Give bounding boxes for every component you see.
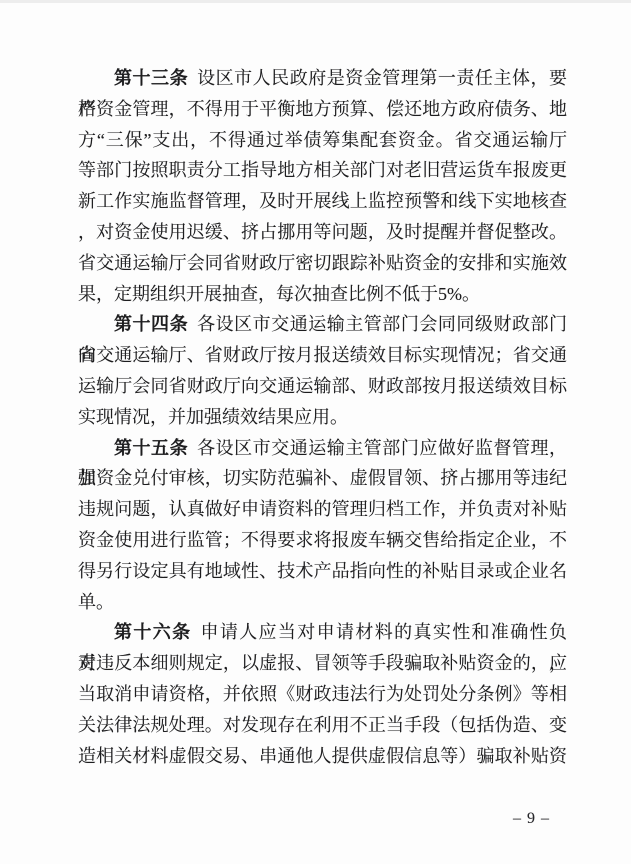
text-line: 等部门按照职责分工指导地方相关部门对老旧营运货车报废更 — [78, 155, 567, 186]
text-line: 省交通运输厅、省财政厅按月报送绩效目标实现情况；省交通 — [78, 340, 567, 371]
article-number: 第十四条 — [114, 314, 188, 334]
text-line: 违规问题，认真做好申请资料的管理归档工作，并负责对补贴 — [78, 494, 567, 525]
text-line: 第十六条申请人应当对申请材料的真实性和准确性负责， — [78, 617, 567, 648]
text-line: 省交通运输厅会同省财政厅密切跟踪补贴资金的安排和实施效 — [78, 248, 567, 279]
text-line: 单。 — [78, 587, 567, 618]
text-line: 资金使用进行监管；不得要求将报废车辆交售给指定企业，不 — [78, 525, 567, 556]
text-line: 当取消申请资格，并依照《财政违法行为处罚处分条例》等相 — [78, 679, 567, 710]
text-line: 造相关材料虚假交易、串通他人提供虚假信息等）骗取补贴资 — [78, 741, 567, 772]
text-line: 第十四条各设区市交通运输主管部门会同同级财政部门向 — [78, 309, 567, 340]
text-line: 得另行设定具有地域性、技术产品指向性的补贴目录或企业名 — [78, 556, 567, 587]
text-line: 运输厅会同省财政厅向交通运输部、财政部按月报送绩效目标 — [78, 371, 567, 402]
text-line: 方“三保”支出，不得通过举债筹集配套资金。省交通运输厅 — [78, 125, 567, 156]
page-number: – 9 – — [513, 810, 550, 828]
text-line: ，对资金使用迟缓、挤占挪用等问题，及时提醒并督促整改。 — [78, 217, 567, 248]
text-line: 新工作实施监督管理，及时开展线上监控预警和线下实地核查 — [78, 186, 567, 217]
text-line: 实现情况，并加强绩效结果应用。 — [78, 402, 567, 433]
text-line: 格资金管理，不得用于平衡地方预算、偿还地方政府债务、地 — [78, 94, 567, 125]
text-line: 强资金兑付审核，切实防范骗补、虚假冒领、挤占挪用等违纪 — [78, 463, 567, 494]
article-number: 第十五条 — [114, 438, 188, 458]
text-line: 关法律法规处理。对发现存在利用不正当手段（包括伪造、变 — [78, 710, 567, 741]
text-line: 第十三条设区市人民政府是资金管理第一责任主体，要严 — [78, 63, 567, 94]
article-number: 第十六条 — [114, 622, 191, 642]
text-line: 果，定期组织开展抽查，每次抽查比例不低于5%。 — [78, 279, 567, 310]
text-line: 对违反本细则规定，以虚报、冒领等手段骗取补贴资金的，应 — [78, 648, 567, 679]
scan-edge-artifact — [0, 0, 631, 3]
article-number: 第十三条 — [114, 68, 188, 88]
document-page: 第十三条设区市人民政府是资金管理第一责任主体，要严格资金管理，不得用于平衡地方预… — [0, 0, 631, 864]
text-line: 第十五条各设区市交通运输主管部门应做好监督管理，加 — [78, 433, 567, 464]
document-body: 第十三条设区市人民政府是资金管理第一责任主体，要严格资金管理，不得用于平衡地方预… — [78, 63, 567, 771]
